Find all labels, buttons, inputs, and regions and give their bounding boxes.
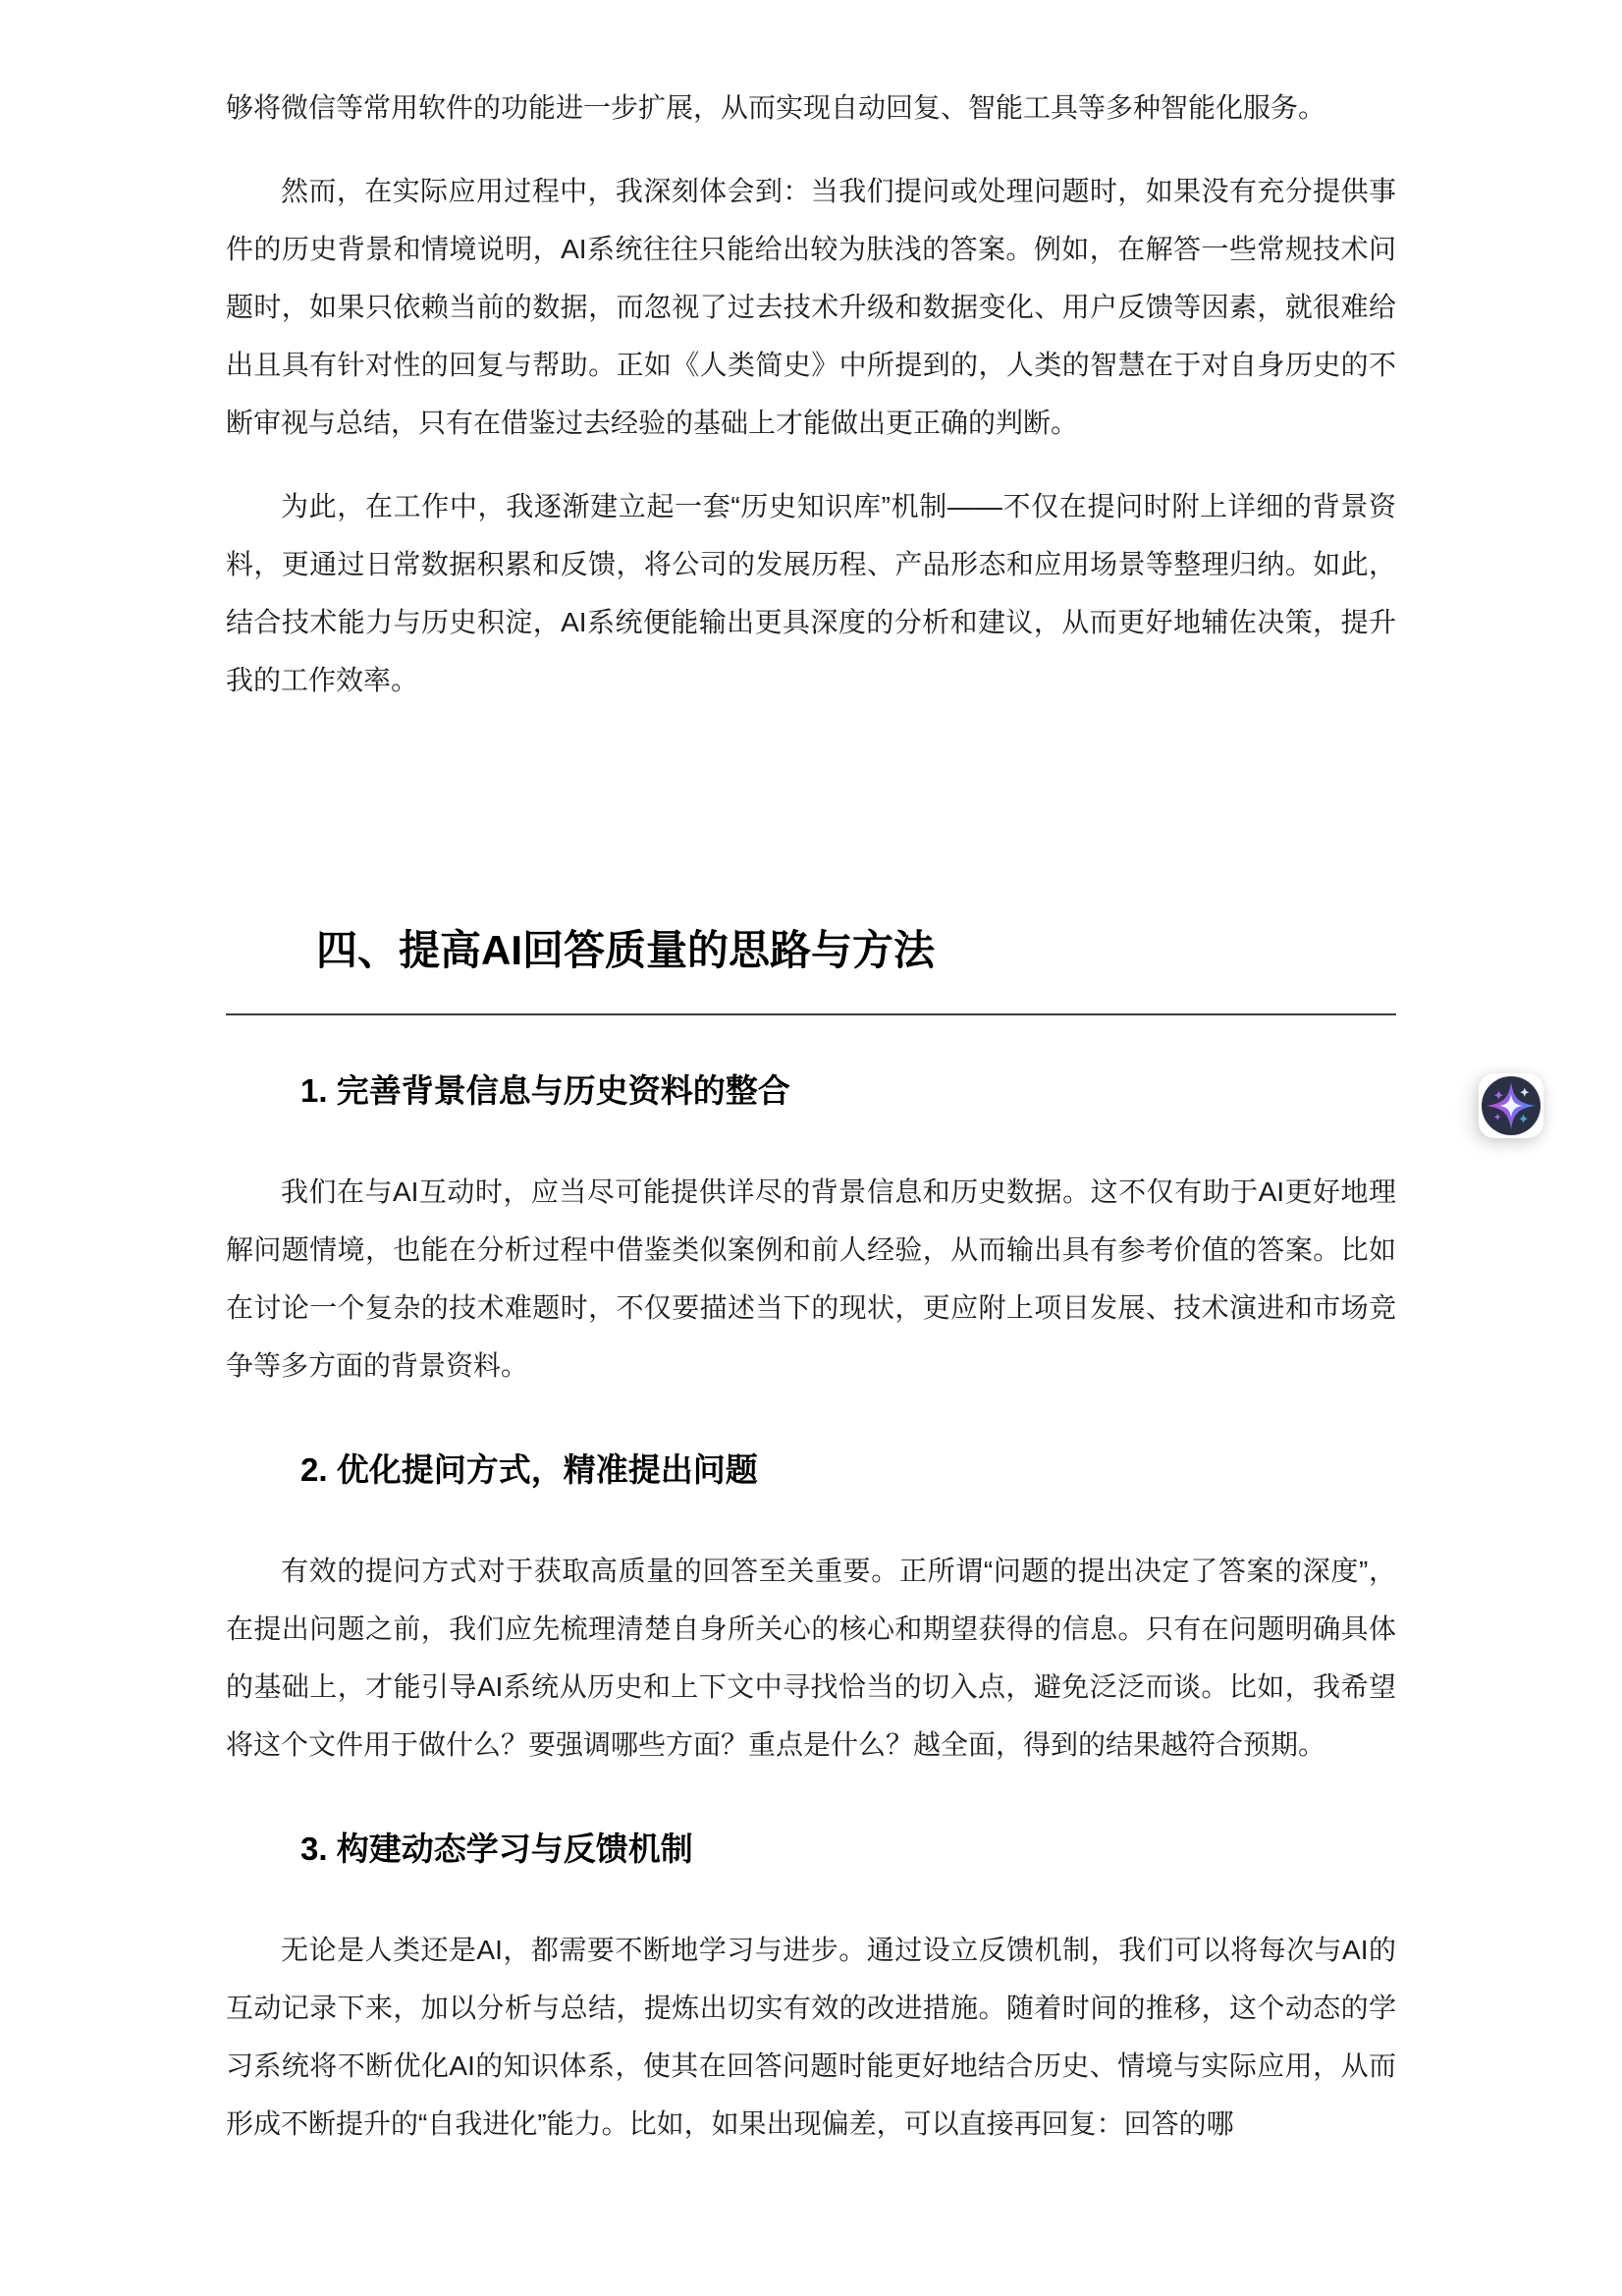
subsection-paragraph-2: 有效的提问方式对于获取高质量的回答至关重要。正所谓“问题的提出决定了答案的深度”… bbox=[226, 1542, 1396, 1774]
subsection-paragraph-1: 我们在与AI互动时，应当尽可能提供详尽的背景信息和历史数据。这不仅有助于AI更好… bbox=[226, 1163, 1396, 1394]
subsection-heading-2: 2. 优化提问方式，精准提出问题 bbox=[226, 1449, 1396, 1491]
paragraph: 然而，在实际应用过程中，我深刻体会到：当我们提问或处理问题时，如果没有充分提供事… bbox=[226, 162, 1396, 452]
sparkle-star-icon bbox=[1482, 1076, 1541, 1135]
subsection-heading-1: 1. 完善背景信息与历史资料的整合 bbox=[226, 1070, 1396, 1112]
document-page: 够将微信等常用软件的功能进一步扩展，从而实现自动回复、智能工具等多种智能化服务。… bbox=[226, 0, 1396, 2153]
subsection-heading-3: 3. 构建动态学习与反馈机制 bbox=[226, 1829, 1396, 1870]
paragraph-continuation: 够将微信等常用软件的功能进一步扩展，从而实现自动回复、智能工具等多种智能化服务。 bbox=[226, 79, 1396, 137]
section-divider bbox=[226, 1013, 1396, 1015]
ai-assistant-button[interactable] bbox=[1479, 1073, 1543, 1138]
paragraph: 为此，在工作中，我逐渐建立起一套“历史知识库”机制——不仅在提问时附上详细的背景… bbox=[226, 477, 1396, 709]
subsection-paragraph-3: 无论是人类还是AI，都需要不断地学习与进步。通过设立反馈机制，我们可以将每次与A… bbox=[226, 1921, 1396, 2153]
section-heading: 四、提高AI回答质量的思路与方法 bbox=[226, 925, 1396, 976]
